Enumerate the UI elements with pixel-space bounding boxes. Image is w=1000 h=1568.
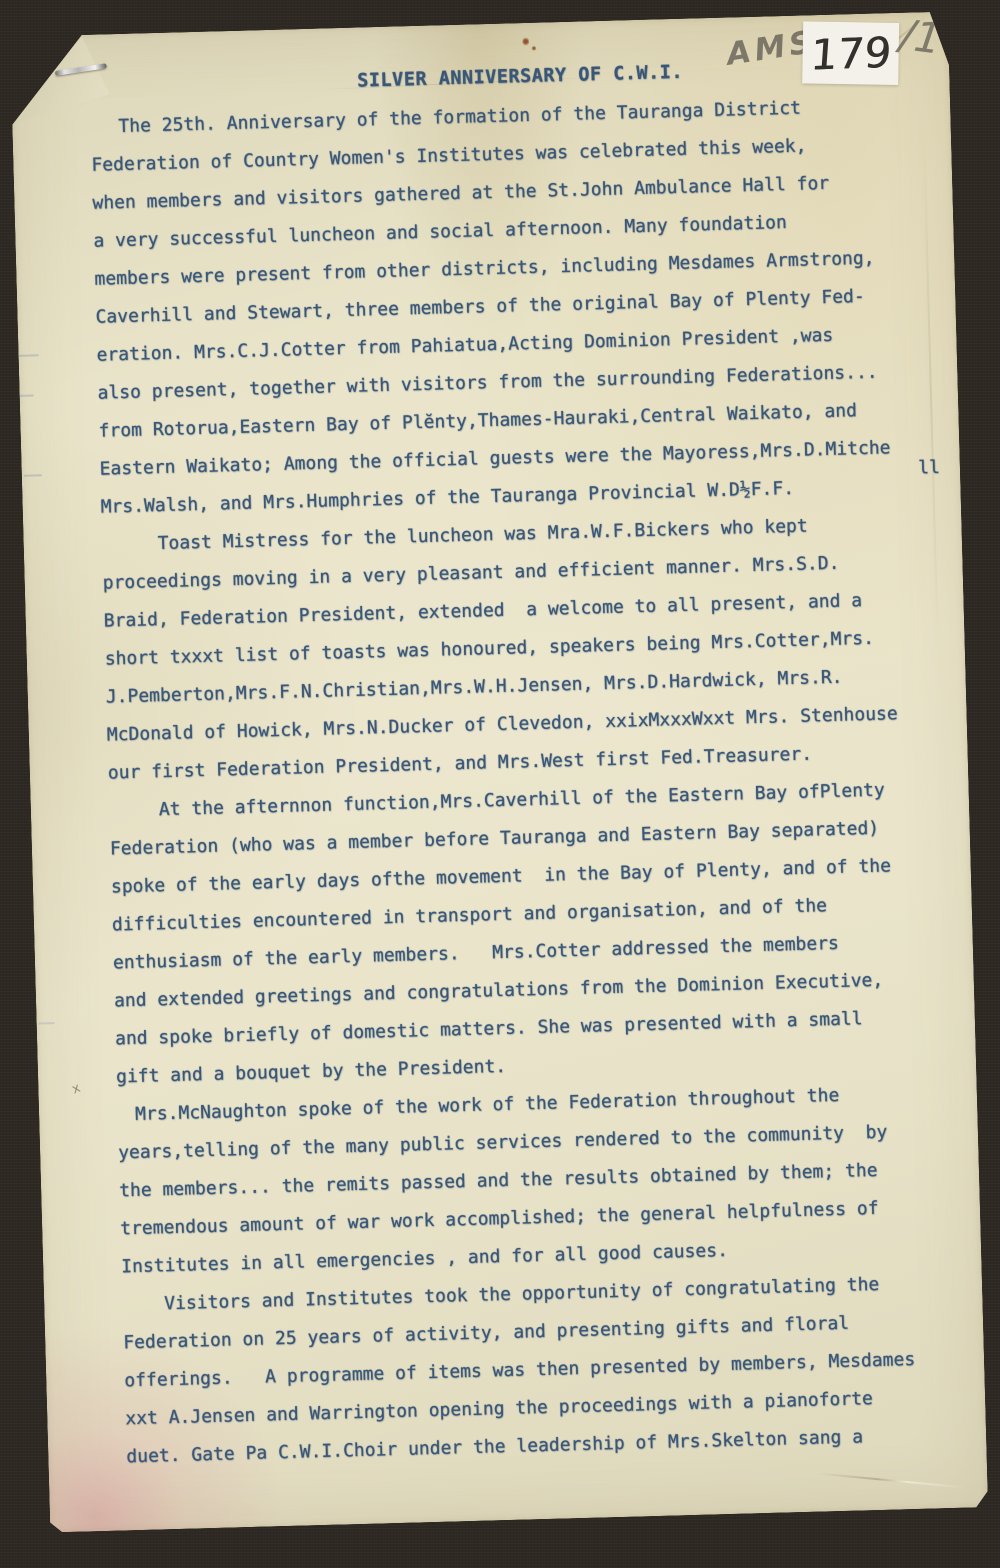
typed-lines: The 25th. Anniversary of the formation o… — [90, 86, 967, 1476]
typed-text-block: SILVER ANNIVERSARY OF C.W.I. The 25th. A… — [89, 46, 967, 1476]
typewritten-page: AMS 179 /1 x SILVER ANNIVERSARY OF C.W.I… — [10, 12, 988, 1533]
paper-crease — [818, 1473, 968, 1489]
margin-line-mark — [39, 1022, 55, 1024]
photo-background: { "colors": { "background": "#2e2823", "… — [0, 0, 1000, 1568]
paper-stain-speck — [522, 37, 529, 46]
margin-line-mark — [20, 394, 34, 396]
paper-stain-speck — [531, 46, 536, 51]
margin-line-mark — [24, 474, 42, 476]
pencil-margin-mark: x — [70, 1081, 83, 1098]
margin-line-mark — [19, 354, 39, 357]
